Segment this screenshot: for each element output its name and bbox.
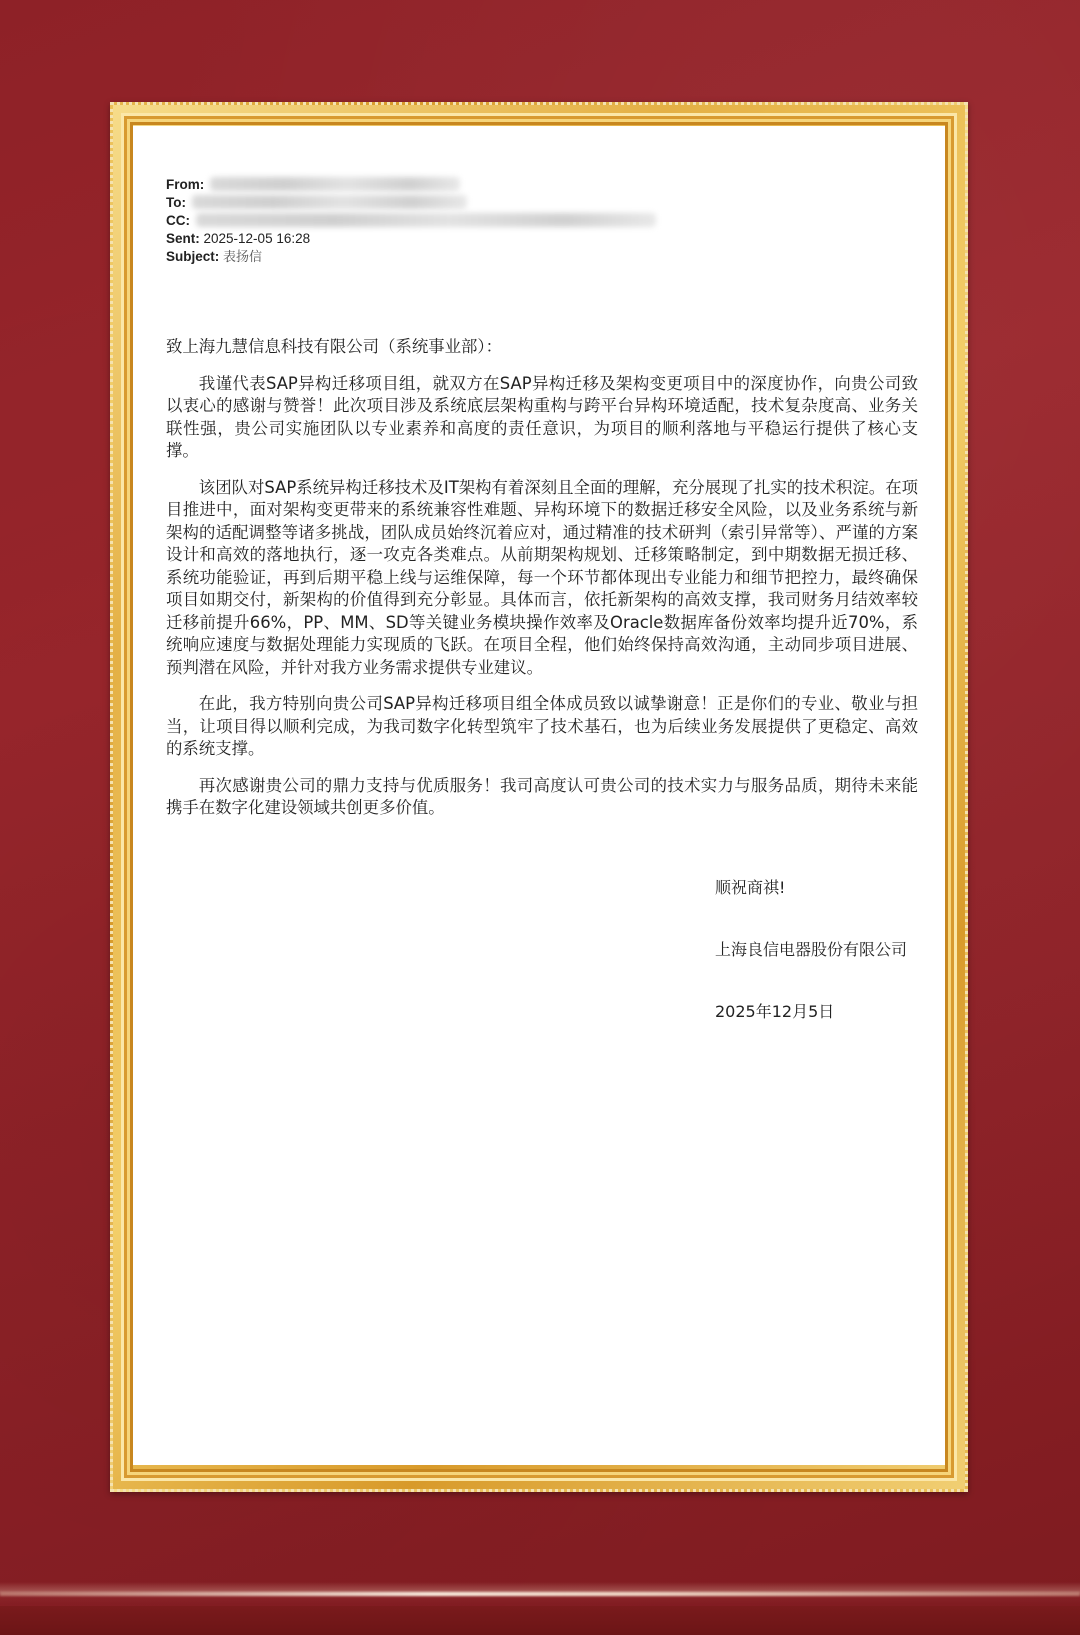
sent-label: Sent: [166,231,200,246]
redacted-to-value [192,195,467,209]
email-header: From: To: CC: Sent: 2025-12-05 16:28 Sub… [166,176,656,266]
subject-label: Subject: [166,249,219,264]
from-label: From: [166,177,204,192]
from-row: From: [166,176,656,194]
redacted-from-value [210,177,460,191]
cc-label: CC: [166,213,190,228]
letter-date: 2025年12月5日 [715,999,834,1022]
paragraph-1: 我谨代表SAP异构迁移项目组，就双方在SAP异构迁移及架构变更项目中的深度协作，… [166,373,918,463]
redacted-cc-value [196,213,656,227]
salutation: 致上海九慧信息科技有限公司（系统事业部）： [166,336,918,359]
to-label: To: [166,195,186,210]
letter-body: 致上海九慧信息科技有限公司（系统事业部）： 我谨代表SAP异构迁移项目组，就双方… [166,336,918,834]
subject-value: 表扬信 [223,250,262,265]
subject-row: Subject: 表扬信 [166,248,656,266]
signature-company: 上海良信电器股份有限公司 [715,937,907,960]
cc-row: CC: [166,212,656,230]
light-streak [0,1592,1080,1596]
closing-greeting: 顺祝商祺! [715,875,785,898]
sent-row: Sent: 2025-12-05 16:28 [166,230,656,248]
floor [0,1606,1080,1635]
sent-value: 2025-12-05 16:28 [204,231,311,246]
paragraph-4: 再次感谢贵公司的鼎力支持与优质服务！我司高度认可贵公司的技术实力与服务品质，期待… [166,775,918,820]
to-row: To: [166,194,656,212]
paragraph-2: 该团队对SAP系统异构迁移技术及IT架构有着深刻且全面的理解，充分展现了扎实的技… [166,477,918,680]
paragraph-3: 在此，我方特别向贵公司SAP异构迁移项目组全体成员致以诚挚谢意！正是你们的专业、… [166,693,918,761]
